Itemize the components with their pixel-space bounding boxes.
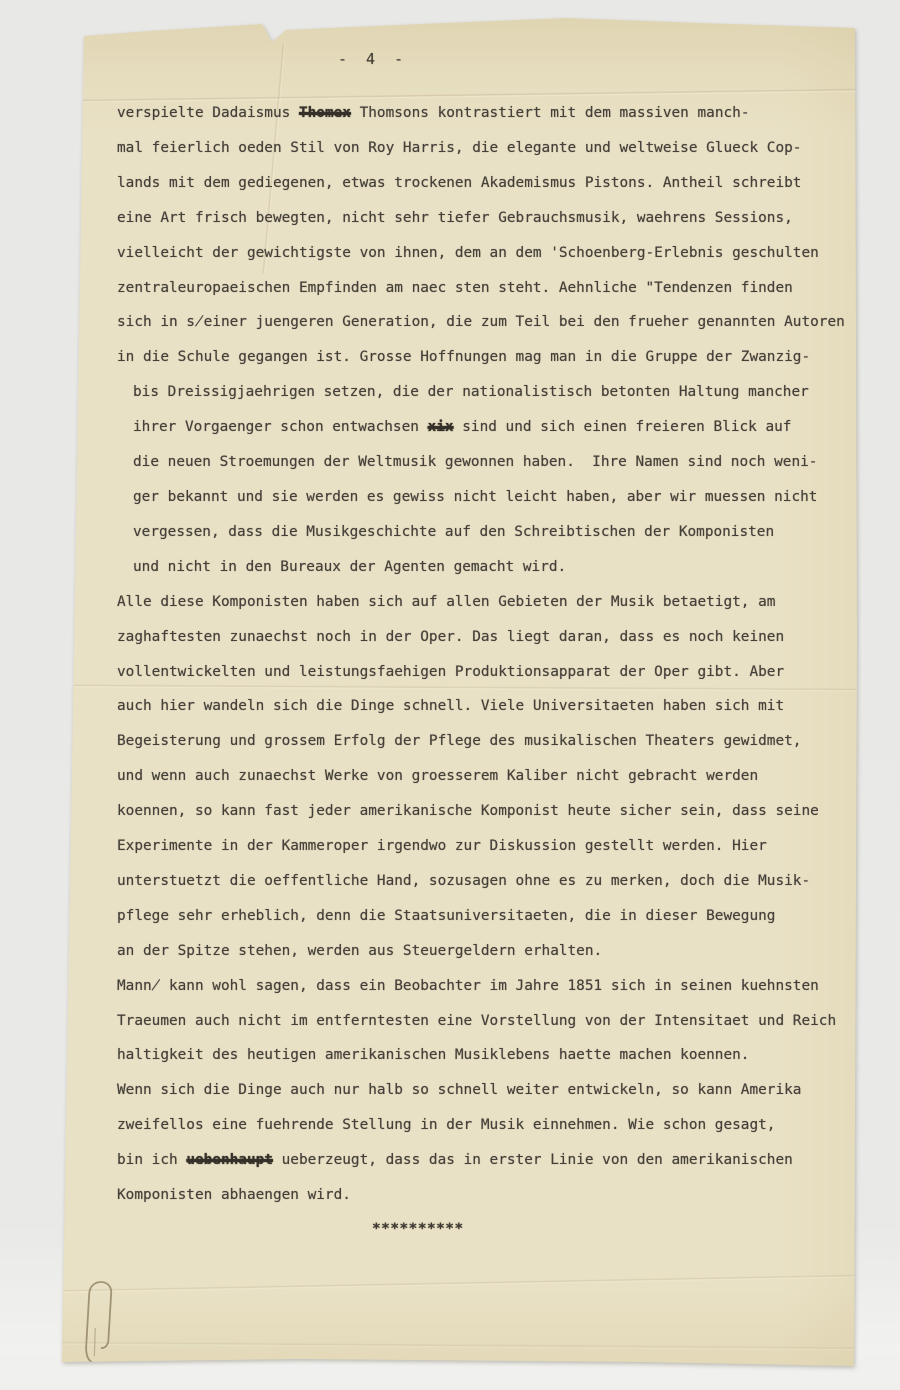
text-line: Mann̸ kann wohl sagen, dass ein Beobacht… [117, 969, 877, 1004]
text-line: ihrer Vorgaenger schon entwachsen xix si… [117, 410, 877, 445]
text-line: koennen, so kann fast jeder amerikanisch… [117, 794, 877, 829]
text-line: bin ich uebenhaupt ueberzeugt, dass das … [117, 1143, 877, 1178]
text-line: haltigkeit des heutigen amerikanischen M… [117, 1038, 877, 1073]
text-line: in die Schule gegangen ist. Grosse Hoffn… [117, 340, 877, 375]
text-line: an der Spitze stehen, werden aus Steuerg… [117, 934, 877, 969]
crease-line [0, 1341, 900, 1351]
document-lines: verspielte Dadaismus Thomex Thomsons kon… [117, 96, 877, 1213]
text-line: Wenn sich die Dinge auch nur halb so sch… [117, 1073, 877, 1108]
text-line: auch hier wandeln sich die Dinge schnell… [117, 689, 877, 724]
text-line: zentraleuropaeischen Empfinden am naec s… [117, 271, 877, 306]
text-line: Begeisterung und grossem Erfolg der Pfle… [117, 724, 877, 759]
footer-separator: ********** [372, 1212, 464, 1247]
text-line: pflege sehr erheblich, denn die Staatsun… [117, 899, 877, 934]
text-line: Alle diese Komponisten haben sich auf al… [117, 585, 877, 620]
text-line: Experimente in der Kammeroper irgendwo z… [117, 829, 877, 864]
text-line: bis Dreissigjaehrigen setzen, die der na… [117, 375, 877, 410]
crease-line [0, 1273, 900, 1294]
text-line: lands mit dem gediegenen, etwas trockene… [117, 166, 877, 201]
text-line: zweifellos eine fuehrende Stellung in de… [117, 1108, 877, 1143]
text-line: vergessen, dass die Musikgeschichte auf … [117, 515, 877, 550]
text-line: und nicht in den Bureaux der Agenten gem… [117, 550, 877, 585]
text-line: und wenn auch zunaechst Werke von groess… [117, 759, 877, 794]
text-line: eine Art frisch bewegten, nicht sehr tie… [117, 201, 877, 236]
scan-background: - 4 - verspielte Dadaismus Thomex Thomso… [0, 0, 900, 1390]
text-line: ger bekannt und sie werden es gewiss nic… [117, 480, 877, 515]
page-number: - 4 - [338, 50, 408, 68]
paper-shadow: - 4 - verspielte Dadaismus Thomex Thomso… [0, 0, 900, 1390]
paper-sheet: - 4 - verspielte Dadaismus Thomex Thomso… [0, 0, 900, 1390]
text-line: Komponisten abhaengen wird. [117, 1178, 877, 1213]
text-line: vielleicht der gewichtigste von ihnen, d… [117, 236, 877, 271]
text-line: mal feierlich oeden Stil von Roy Harris,… [117, 131, 877, 166]
text-line: vollentwickelten und leistungsfaehigen P… [117, 655, 877, 690]
struck-text: uebenhaupt [186, 1152, 273, 1168]
text-line: die neuen Stroemungen der Weltmusik gewo… [117, 445, 877, 480]
struck-text: Thomex [299, 105, 351, 121]
text-line: Traeumen auch nicht im entferntesten ein… [117, 1004, 877, 1039]
text-line: sich in s̸einer juengeren Generation, di… [117, 305, 877, 340]
text-line: zaghaftesten zunaechst noch in der Oper.… [117, 620, 877, 655]
text-line: unterstuetzt die oeffentliche Hand, sozu… [117, 864, 877, 899]
paperclip-imprint-icon [84, 1280, 128, 1364]
text-line: verspielte Dadaismus Thomex Thomsons kon… [117, 96, 877, 131]
struck-text: xix [428, 419, 454, 435]
